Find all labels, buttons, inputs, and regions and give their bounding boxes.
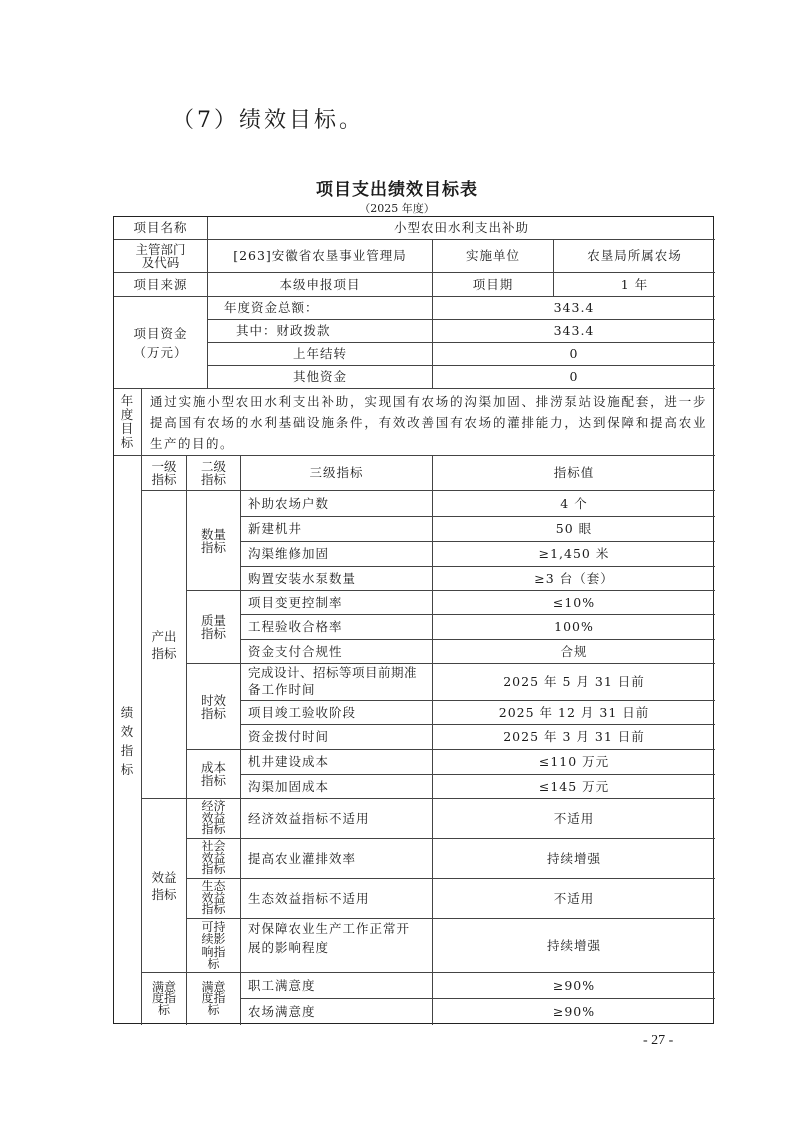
satisfaction-level2-label: 满意 度指 标 <box>187 973 241 1025</box>
period-value: 1 年 <box>554 273 715 297</box>
indicator-value: ≤110 万元 <box>433 750 715 775</box>
funds-label-line2: （万元） <box>133 345 187 360</box>
indicator-value: 100% <box>433 615 715 640</box>
output-indicator-label: 产出 指标 <box>142 491 187 799</box>
fund-other-label: 其他资金 <box>208 366 433 389</box>
indicator-value: 50 眼 <box>433 517 715 542</box>
header-level1: 一级 指标 <box>142 456 187 491</box>
indicator-value: 不适用 <box>433 799 715 839</box>
satisfaction-line: 标 <box>207 1005 219 1017</box>
indicator-value: 不适用 <box>433 879 715 919</box>
indicator-name: 对保障农业生产工作正常开 展的影响程度 <box>241 919 433 973</box>
benefit-label-line1: 效益 <box>151 869 176 886</box>
dept-label-line2: 及代码 <box>142 256 180 269</box>
indicator-name: 经济效益指标不适用 <box>241 799 433 839</box>
dept-value: [263]安徽省农垦事业管理局 <box>208 240 433 273</box>
quantity-label-line1: 数量 <box>201 528 226 541</box>
annual-goal-char: 年 <box>121 394 135 408</box>
indicator-name: 购置安装水泵数量 <box>241 567 433 591</box>
indicator-name: 新建机井 <box>241 517 433 542</box>
indicator-value: 2025 年 5 月 31 日前 <box>433 664 715 701</box>
header-level2-line2: 指标 <box>201 473 226 486</box>
indicator-name: 生态效益指标不适用 <box>241 879 433 919</box>
annual-goal-char: 标 <box>121 436 135 450</box>
table-year: （2025 年度） <box>0 200 794 216</box>
cost-indicator-label: 成本 指标 <box>187 750 241 799</box>
fund-carryover-label: 上年结转 <box>208 343 433 366</box>
indicator-value: 合规 <box>433 640 715 664</box>
indicator-name: 项目变更控制率 <box>241 591 433 615</box>
indicator-value: ≥90% <box>433 999 715 1025</box>
indicator-value: 持续增强 <box>433 919 715 973</box>
indicator-name: 提高农业灌排效率 <box>241 839 433 879</box>
category-line: 指标 <box>201 824 225 836</box>
category-line: 续影 <box>201 933 225 946</box>
table-title: 项目支出绩效目标表 <box>0 175 794 200</box>
indicator-value: ≤10% <box>433 591 715 615</box>
benefit-label-line2: 指标 <box>151 886 176 903</box>
fund-carryover-value: 0 <box>433 343 715 366</box>
header-value: 指标值 <box>433 456 715 491</box>
satisfaction-level1-label: 满意 度指 标 <box>142 973 187 1025</box>
indicator-name-line1: 对保障农业生产工作正常开 <box>248 919 410 938</box>
performance-target-table: 项目名称 小型农田水利支出补助 主管部门 及代码 [263]安徽省农垦事业管理局… <box>113 216 714 1024</box>
annual-goal-label: 年 度 目 标 <box>114 389 142 456</box>
indicator-name: 职工满意度 <box>241 973 433 999</box>
indicator-name: 机井建设成本 <box>241 750 433 775</box>
output-label-line2: 指标 <box>151 645 176 662</box>
fund-total-label: 年度资金总额： <box>208 297 433 320</box>
section-heading: （7）绩效目标。 <box>172 103 364 134</box>
funds-label: 项目资金 （万元） <box>114 297 208 389</box>
indicator-name-line2: 展的影响程度 <box>248 938 329 957</box>
category-line: 标 <box>207 958 219 971</box>
satisfaction-line: 标 <box>158 1005 170 1017</box>
page-number: - 27 - <box>643 1033 673 1049</box>
perf-label-char: 效 <box>121 722 135 741</box>
header-level1-line2: 指标 <box>151 473 176 486</box>
indicator-value: ≥1,450 米 <box>433 542 715 567</box>
fund-total-value: 343.4 <box>433 297 715 320</box>
perf-label-char: 绩 <box>121 703 135 722</box>
annual-goal-char: 度 <box>121 408 135 422</box>
perf-indicator-label: 绩 效 指 标 <box>114 456 142 1025</box>
ecological-benefit-label: 生态 效益 指标 <box>187 879 241 919</box>
indicator-name: 完成设计、招标等项目前期准 备工作时间 <box>241 664 433 701</box>
funds-label-line1: 项目资金 <box>133 326 187 341</box>
indicator-name: 资金拨付时间 <box>241 725 433 750</box>
header-level3: 三级指标 <box>241 456 433 491</box>
perf-label-char: 指 <box>121 741 135 760</box>
indicator-name: 项目竣工验收阶段 <box>241 701 433 725</box>
indicator-name: 工程验收合格率 <box>241 615 433 640</box>
source-value: 本级申报项目 <box>208 273 433 297</box>
indicator-value: 4 个 <box>433 491 715 517</box>
category-line: 指标 <box>201 864 225 876</box>
timeliness-indicator-label: 时效 指标 <box>187 664 241 750</box>
timeliness-label-line1: 时效 <box>201 694 226 707</box>
quality-label-line2: 指标 <box>201 627 226 640</box>
project-name-label: 项目名称 <box>114 217 208 240</box>
quantity-label-line2: 指标 <box>201 541 226 554</box>
indicator-name-line2: 备工作时间 <box>248 681 316 698</box>
indicator-value: ≤145 万元 <box>433 775 715 799</box>
timeliness-label-line2: 指标 <box>201 707 226 720</box>
indicator-name: 农场满意度 <box>241 999 433 1025</box>
fund-other-value: 0 <box>433 366 715 389</box>
indicator-value: 持续增强 <box>433 839 715 879</box>
header-level2: 二级 指标 <box>187 456 241 491</box>
fund-fiscal-label: 其中：财政拨款 <box>208 320 433 343</box>
indicator-value: 2025 年 3 月 31 日前 <box>433 725 715 750</box>
impl-unit-label: 实施单位 <box>433 240 554 273</box>
cost-label-line2: 指标 <box>201 774 226 787</box>
indicator-name: 沟渠加固成本 <box>241 775 433 799</box>
quantity-indicator-label: 数量 指标 <box>187 491 241 591</box>
output-label-line1: 产出 <box>151 628 176 645</box>
indicator-name: 补助农场户数 <box>241 491 433 517</box>
dept-label: 主管部门 及代码 <box>114 240 208 273</box>
project-name-value: 小型农田水利支出补助 <box>208 217 715 240</box>
indicator-name: 沟渠维修加固 <box>241 542 433 567</box>
indicator-value: ≥90% <box>433 973 715 999</box>
fund-fiscal-value: 343.4 <box>433 320 715 343</box>
indicator-name: 资金支付合规性 <box>241 640 433 664</box>
social-benefit-label: 社会 效益 指标 <box>187 839 241 879</box>
impl-unit-value: 农垦局所属农场 <box>554 240 715 273</box>
benefit-indicator-label: 效益 指标 <box>142 799 187 973</box>
economic-benefit-label: 经济 效益 指标 <box>187 799 241 839</box>
category-line: 指标 <box>201 904 225 916</box>
source-label: 项目来源 <box>114 273 208 297</box>
annual-goal-char: 目 <box>121 422 135 436</box>
indicator-value: ≥3 台（套） <box>433 567 715 591</box>
sustainable-impact-label: 可持 续影 响指 标 <box>187 919 241 973</box>
indicator-value: 2025 年 12 月 31 日前 <box>433 701 715 725</box>
annual-goal-text: 通过实施小型农田水利支出补助，实现国有农场的沟渠加固、排涝泵站设施配套，进一步提… <box>142 389 715 456</box>
quality-indicator-label: 质量 指标 <box>187 591 241 664</box>
perf-label-char: 标 <box>121 760 135 779</box>
period-label: 项目期 <box>433 273 554 297</box>
indicator-name-line1: 完成设计、招标等项目前期准 <box>248 664 417 681</box>
